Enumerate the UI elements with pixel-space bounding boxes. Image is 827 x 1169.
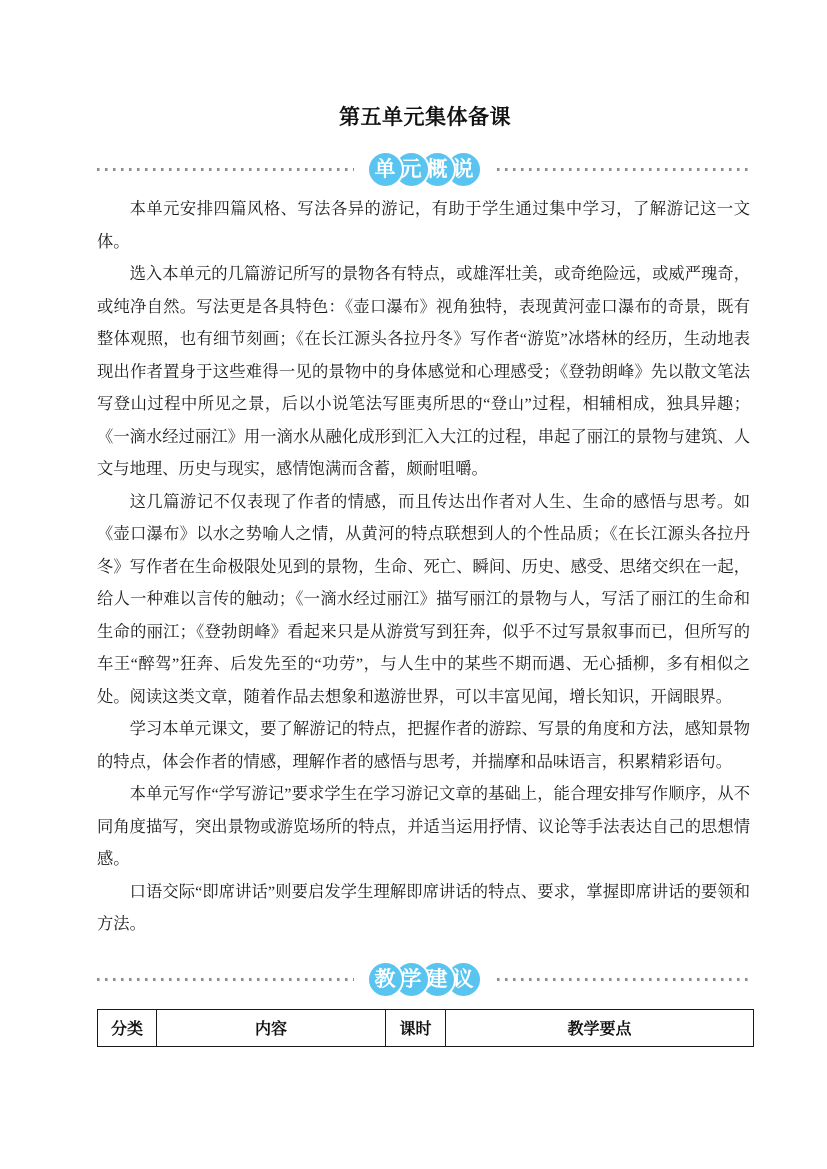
table-header-teaching-points: 教学要点 [446, 1009, 754, 1046]
teaching-plan-table: 分类 内容 课时 教学要点 [97, 1009, 754, 1047]
section-header-unit-overview: 单 元 概 说 [97, 151, 753, 188]
badge-circle: 教 [367, 961, 404, 998]
unit-overview-body: 本单元安排四篇风格、写法各异的游记，有助于学生通过集中学习，了解游记这一文体。 … [97, 193, 750, 941]
document-page: 第五单元集体备课 单 元 概 说 本单元安排四篇风格、写法各异的游记，有助于学生… [0, 0, 827, 1169]
unit-overview-badge: 单 元 概 说 [367, 151, 482, 188]
paragraph-5: 本单元写作“学写游记”要求学生在学习游记文章的基础上，能合理安排写作顺序，从不同… [97, 778, 750, 876]
document-content: 第五单元集体备课 单 元 概 说 本单元安排四篇风格、写法各异的游记，有助于学生… [97, 0, 753, 1047]
section-header-teaching-suggestions: 教 学 建 议 [97, 961, 753, 998]
dotted-rule-left [97, 978, 354, 981]
dotted-rule-left [97, 168, 354, 171]
paragraph-4: 学习本单元课文，要了解游记的特点，把握作者的游踪、写景的角度和方法，感知景物的特… [97, 713, 750, 778]
table-header-class-hours: 课时 [386, 1009, 446, 1046]
dotted-rule-right [497, 978, 754, 981]
paragraph-1: 本单元安排四篇风格、写法各异的游记，有助于学生通过集中学习，了解游记这一文体。 [97, 193, 750, 258]
paragraph-6: 口语交际“即席讲话”则要启发学生理解即席讲话的特点、要求，掌握即席讲话的要领和方… [97, 876, 750, 941]
paragraph-3: 这几篇游记不仅表现了作者的情感，而且传达出作者对人生、生命的感悟与思考。如《壶口… [97, 486, 750, 714]
table-header-row: 分类 内容 课时 教学要点 [98, 1009, 754, 1046]
page-title: 第五单元集体备课 [97, 0, 753, 131]
teaching-suggestions-badge: 教 学 建 议 [367, 961, 482, 998]
dotted-rule-right [497, 168, 754, 171]
badge-circle: 单 [367, 151, 404, 188]
paragraph-2: 选入本单元的几篇游记所写的景物各有特点，或雄浑壮美，或奇绝险远，或威严瑰奇，或纯… [97, 258, 750, 486]
table-header-content: 内容 [157, 1009, 386, 1046]
table-header-category: 分类 [98, 1009, 157, 1046]
